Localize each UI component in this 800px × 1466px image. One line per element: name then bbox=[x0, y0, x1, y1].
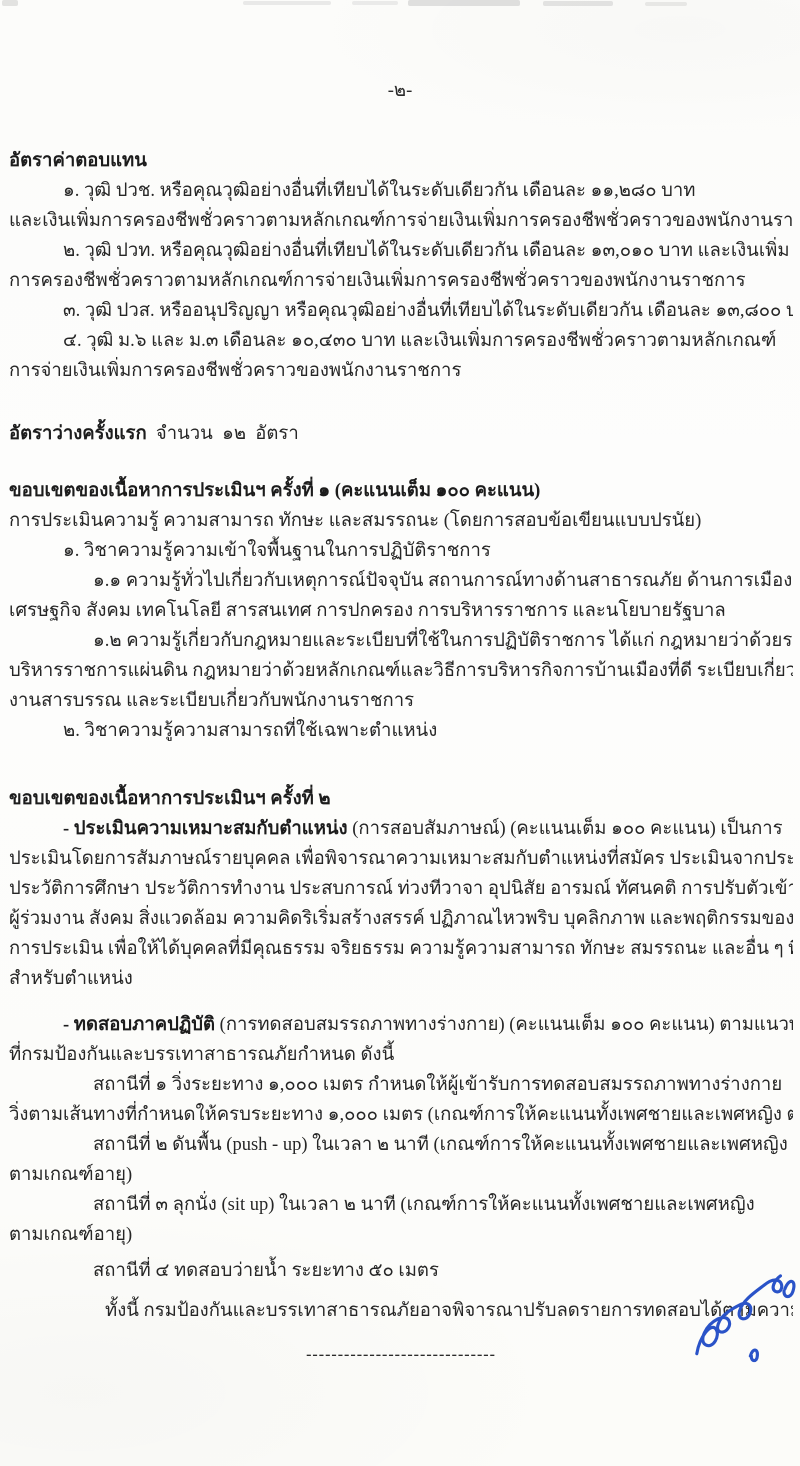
text-segment: ๒. วุฒิ ปวท. หรือคุณวุฒิอย่างอื่นที่เทีย… bbox=[63, 241, 790, 261]
text-segment: การประเมิน เพื่อให้ได้บุคคลที่มีคุณธรรม … bbox=[9, 939, 793, 959]
scan-artifact bbox=[408, 0, 520, 6]
text-segment: ตามเกณฑ์อายุ) bbox=[9, 1225, 132, 1245]
text-line: งานสารบรรณ และระเบียบเกี่ยวกับพนักงานราช… bbox=[9, 686, 793, 716]
document-sections: อัตราค่าตอบแทน๑. วุฒิ ปวช. หรือคุณวุฒิอย… bbox=[9, 146, 793, 1326]
text-line: ทั้งนี้ กรมป้องกันและบรรเทาสาธารณภัยอาจพ… bbox=[9, 1296, 793, 1326]
bold-text-segment: อัตราค่าตอบแทน bbox=[9, 151, 147, 171]
text-line: ๑.๑ ความรู้ทั่วไปเกี่ยวกับเหตุการณ์ปัจจุ… bbox=[9, 566, 793, 596]
bold-text-segment: ขอบเขตของเนื้อหาการประเมินฯ ครั้งที่ ๒ bbox=[9, 789, 331, 809]
text-line: สถานีที่ ๒ ดันพื้น (push - up) ในเวลา ๒ … bbox=[9, 1130, 793, 1160]
bold-text-segment: ขอบเขตของเนื้อหาการประเมินฯ ครั้งที่ ๑ (… bbox=[9, 481, 540, 501]
text-line: ผู้ร่วมงาน สังคม สิ่งแวดล้อม ความคิดริเร… bbox=[9, 904, 793, 934]
text-segment: ๑.๒ ความรู้เกี่ยวกับกฎหมายและระเบียบที่ใ… bbox=[93, 631, 793, 651]
text-line: เศรษฐกิจ สังคม เทคโนโลยี สารสนเทศ การปกค… bbox=[9, 596, 793, 626]
text-line: สำหรับตำแหน่ง bbox=[9, 964, 793, 994]
text-line: ตามเกณฑ์อายุ) bbox=[9, 1220, 793, 1250]
text-line: วิ่งตามเส้นทางที่กำหนดให้ครบระยะทาง ๑,๐๐… bbox=[9, 1100, 793, 1130]
text-line: และเงินเพิ่มการครองชีพชั่วคราวตามหลักเกณ… bbox=[9, 206, 793, 236]
text-segment: ๔. วุฒิ ม.๖ และ ม.๓ เดือนละ ๑๐,๔๓๐ บาท แ… bbox=[63, 331, 776, 351]
document-body: อัตราค่าตอบแทน๑. วุฒิ ปวช. หรือคุณวุฒิอย… bbox=[9, 146, 793, 1370]
text-line: ๒. วุฒิ ปวท. หรือคุณวุฒิอย่างอื่นที่เทีย… bbox=[9, 236, 793, 266]
section-compensation-rates: อัตราค่าตอบแทน๑. วุฒิ ปวช. หรือคุณวุฒิอย… bbox=[9, 146, 793, 386]
text-segment: บริหารราชการแผ่นดิน กฎหมายว่าด้วยหลักเกณ… bbox=[9, 661, 793, 681]
text-segment: ที่กรมป้องกันและบรรเทาสาธารณภัยกำหนด ดัง… bbox=[9, 1045, 394, 1065]
text-line: การครองชีพชั่วคราวตามหลักเกณฑ์การจ่ายเงิ… bbox=[9, 266, 793, 296]
bold-text-segment: - ประเมินความเหมาะสมกับตำแหน่ง bbox=[63, 819, 348, 839]
separator-dashes: ------------------------------ bbox=[9, 1340, 793, 1370]
text-segment: การครองชีพชั่วคราวตามหลักเกณฑ์การจ่ายเงิ… bbox=[9, 271, 746, 291]
text-segment: ตามเกณฑ์อายุ) bbox=[9, 1165, 132, 1185]
text-segment: สถานีที่ ๓ ลุกนั่ง (sit up) ในเวลา ๒ นาท… bbox=[93, 1195, 755, 1215]
text-line: ที่กรมป้องกันและบรรเทาสาธารณภัยกำหนด ดัง… bbox=[9, 1040, 793, 1070]
text-line: การประเมิน เพื่อให้ได้บุคคลที่มีคุณธรรม … bbox=[9, 934, 793, 964]
text-line: ๑.๒ ความรู้เกี่ยวกับกฎหมายและระเบียบที่ใ… bbox=[9, 626, 793, 656]
text-line: ๔. วุฒิ ม.๖ และ ม.๓ เดือนละ ๑๐,๔๓๐ บาท แ… bbox=[9, 326, 793, 356]
scan-artifact bbox=[352, 1, 398, 5]
text-line: - ประเมินความเหมาะสมกับตำแหน่ง (การสอบสั… bbox=[9, 814, 793, 844]
text-segment: ผู้ร่วมงาน สังคม สิ่งแวดล้อม ความคิดริเร… bbox=[9, 909, 793, 929]
text-line: บริหารราชการแผ่นดิน กฎหมายว่าด้วยหลักเกณ… bbox=[9, 656, 793, 686]
section-assessment-scope-round-2: ขอบเขตของเนื้อหาการประเมินฯ ครั้งที่ ๒- … bbox=[9, 784, 793, 1326]
text-line: ประเมินโดยการสัมภาษณ์รายบุคคล เพื่อพิจาร… bbox=[9, 844, 793, 874]
text-segment: การประเมินความรู้ ความสามารถ ทักษะ และสม… bbox=[9, 511, 701, 531]
text-segment: เศรษฐกิจ สังคม เทคโนโลยี สารสนเทศ การปกค… bbox=[9, 601, 726, 621]
scan-artifact bbox=[243, 1, 331, 5]
scan-artifact bbox=[645, 2, 687, 6]
text-segment: สถานีที่ ๒ ดันพื้น (push - up) ในเวลา ๒ … bbox=[93, 1135, 788, 1155]
text-segment: ๑. วุฒิ ปวช. หรือคุณวุฒิอย่างอื่นที่เทีย… bbox=[63, 181, 695, 201]
text-line: ตามเกณฑ์อายุ) bbox=[9, 1160, 793, 1190]
text-segment: (การทดสอบสมรรถภาพทางร่างกาย) (คะแนนเต็ม … bbox=[215, 1015, 793, 1035]
text-line: ประวัติการศึกษา ประวัติการทำงาน ประสบการ… bbox=[9, 874, 793, 904]
text-segment: ประวัติการศึกษา ประวัติการทำงาน ประสบการ… bbox=[9, 879, 793, 899]
bold-text-segment: อัตราว่างครั้งแรก bbox=[9, 424, 147, 444]
page-number: -๒- bbox=[0, 76, 800, 105]
text-line: - ทดสอบภาคปฏิบัติ (การทดสอบสมรรถภาพทางร่… bbox=[9, 1010, 793, 1040]
bold-text-segment: - ทดสอบภาคปฏิบัติ bbox=[63, 1015, 215, 1035]
text-segment: ๒. วิชาความรู้ความสามารถที่ใช้เฉพาะตำแหน… bbox=[63, 721, 437, 741]
text-segment: วิ่งตามเส้นทางที่กำหนดให้ครบระยะทาง ๑,๐๐… bbox=[9, 1105, 793, 1125]
text-line: สถานีที่ ๓ ลุกนั่ง (sit up) ในเวลา ๒ นาท… bbox=[9, 1190, 793, 1220]
text-line: ขอบเขตของเนื้อหาการประเมินฯ ครั้งที่ ๒ bbox=[9, 784, 793, 814]
text-line: สถานีที่ ๑ วิ่งระยะทาง ๑,๐๐๐ เมตร กำหนดใ… bbox=[9, 1070, 793, 1100]
signature-stroke bbox=[690, 1275, 800, 1367]
text-line: อัตราว่างครั้งแรก จำนวน ๑๒ อัตรา bbox=[9, 419, 793, 449]
text-line: การประเมินความรู้ ความสามารถ ทักษะ และสม… bbox=[9, 506, 793, 536]
text-segment: ๓. วุฒิ ปวส. หรืออนุปริญญา หรือคุณวุฒิอย… bbox=[63, 301, 793, 321]
text-segment: สถานีที่ ๑ วิ่งระยะทาง ๑,๐๐๐ เมตร กำหนดใ… bbox=[93, 1075, 782, 1095]
text-segment: ๑. วิชาความรู้ความเข้าใจพื้นฐานในการปฏิบ… bbox=[63, 541, 491, 561]
text-line: อัตราค่าตอบแทน bbox=[9, 146, 793, 176]
handwritten-signature bbox=[681, 1264, 800, 1384]
text-segment: ประเมินโดยการสัมภาษณ์รายบุคคล เพื่อพิจาร… bbox=[9, 849, 793, 869]
text-line: ขอบเขตของเนื้อหาการประเมินฯ ครั้งที่ ๑ (… bbox=[9, 476, 793, 506]
text-segment: และเงินเพิ่มการครองชีพชั่วคราวตามหลักเกณ… bbox=[9, 211, 793, 231]
text-segment: สำหรับตำแหน่ง bbox=[9, 969, 133, 989]
text-segment: (การสอบสัมภาษณ์) (คะแนนเต็ม ๑๐๐ คะแนน) เ… bbox=[348, 819, 783, 839]
text-segment: สถานีที่ ๔ ทดสอบว่ายน้ำ ระยะทาง ๕๐ เมตร bbox=[93, 1261, 439, 1281]
scanned-document-page: { "page": { "number": "-๒-" }, "colors":… bbox=[0, 0, 800, 1466]
text-line: ๓. วุฒิ ปวส. หรืออนุปริญญา หรือคุณวุฒิอย… bbox=[9, 296, 793, 326]
section-assessment-scope-round-1: ขอบเขตของเนื้อหาการประเมินฯ ครั้งที่ ๑ (… bbox=[9, 476, 793, 746]
text-line: สถานีที่ ๔ ทดสอบว่ายน้ำ ระยะทาง ๕๐ เมตร bbox=[9, 1256, 793, 1286]
text-line: ๒. วิชาความรู้ความสามารถที่ใช้เฉพาะตำแหน… bbox=[9, 716, 793, 746]
scan-artifact bbox=[2, 0, 18, 6]
text-segment: ๑.๑ ความรู้ทั่วไปเกี่ยวกับเหตุการณ์ปัจจุ… bbox=[93, 571, 792, 591]
scan-artifact bbox=[543, 1, 613, 6]
text-segment: งานสารบรรณ และระเบียบเกี่ยวกับพนักงานราช… bbox=[9, 691, 414, 711]
text-line: การจ่ายเงินเพิ่มการครองชีพชั่วคราวของพนั… bbox=[9, 356, 793, 386]
text-line: ๑. วิชาความรู้ความเข้าใจพื้นฐานในการปฏิบ… bbox=[9, 536, 793, 566]
section-initial-vacancies: อัตราว่างครั้งแรก จำนวน ๑๒ อัตรา bbox=[9, 419, 793, 449]
text-segment: จำนวน ๑๒ อัตรา bbox=[147, 424, 299, 444]
text-line: ๑. วุฒิ ปวช. หรือคุณวุฒิอย่างอื่นที่เทีย… bbox=[9, 176, 793, 206]
text-segment: การจ่ายเงินเพิ่มการครองชีพชั่วคราวของพนั… bbox=[9, 361, 461, 381]
